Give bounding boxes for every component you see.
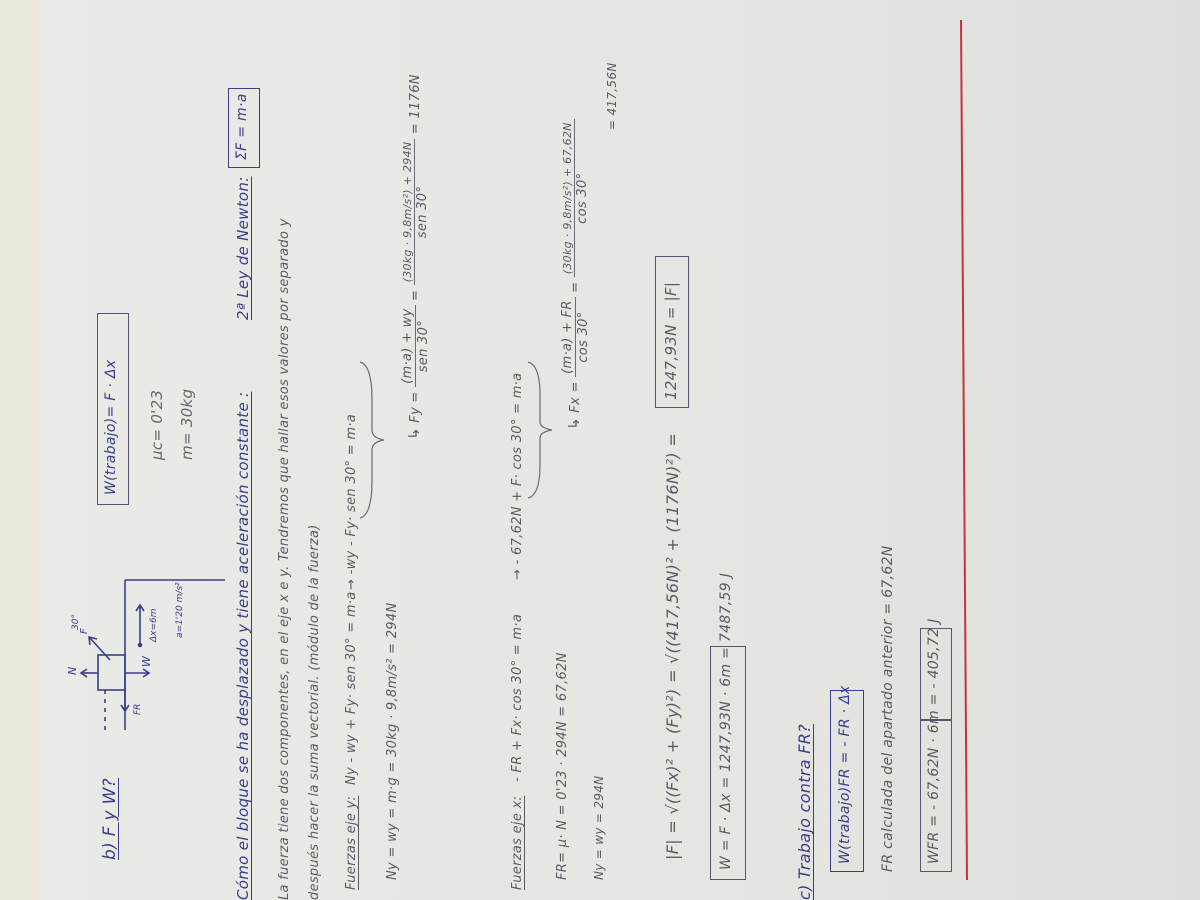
given-mu: μc= 0'23 [148, 390, 166, 460]
magnitude-expr: |F| = √((Fx)² + (Fy)²) = √((417,56N)² + … [663, 433, 682, 860]
label-weight: W [140, 655, 153, 667]
y-normal-calc: Ny = wy = m·g = 30kg · 9,8m/s² = 294N [385, 603, 400, 880]
x-axis-label: Fuerzas eje x: [510, 796, 525, 890]
newton-formula: ΣF = m·a [234, 93, 250, 160]
given-mass: m= 30kg [178, 389, 196, 460]
friction-calc: FR= μ· N = 0'23 · 294N = 67,62N [555, 652, 570, 880]
notebook-page: b) F y W? N W [0, 0, 1200, 900]
fx-label: Fx = [568, 381, 583, 412]
section-c-heading-text: c) Trabajo contra FR? [795, 724, 814, 900]
x-brace [526, 360, 556, 500]
section-c-heading: c) Trabajo contra FR? [795, 724, 814, 900]
section-c-note: FR calculada del apartado anterior = 67,… [880, 545, 896, 872]
y-brace [358, 360, 388, 520]
work-formula: W(trabajo)= F · Δx [103, 360, 119, 495]
y-axis-arrow-result: → -wy - Fy· sen 30° = m·a [344, 414, 359, 590]
section-c-formula: W(trabajo)FR = - FR · Δx [837, 685, 853, 864]
section-c-result: WFR = - 67,62N · 6m = - 405,72 J [926, 618, 942, 864]
fx-result: = 417,56N [605, 62, 619, 130]
fy-row: ↳ Fy = (m·a) + wysen 30° = (30kg · 9,8m/… [400, 74, 431, 440]
section-c-result-value: - 405,72 J [926, 618, 942, 688]
x-axis-arrow-result: → - 67,62N + F· cos 30° = m·a [510, 373, 525, 580]
fy-result: = 1176N [408, 74, 423, 134]
label-normal: N [66, 667, 79, 675]
x-axis-equation: - FR + Fx· cos 30° = m·a [510, 614, 525, 782]
explanation-line-1: La fuerza tiene dos componentes, en el e… [277, 218, 292, 900]
label-angle: 30° [71, 614, 81, 630]
label-displacement: Δx=6m [149, 608, 159, 643]
fy-label: Fy = [408, 391, 423, 422]
y-axis-equation: Ny - wy + Fy· sen 30° = m·a [344, 592, 359, 786]
fx-fraction-2: (30kg · 9,8m/s²) + 67,62Ncos 30° [561, 119, 590, 277]
fy-fraction-1: (m·a) + wysen 30° [400, 305, 431, 386]
section-c-result-prefix: WFR = - 67,62N · 6m = [926, 689, 942, 864]
magnitude-result: 1247,93N = |F| [662, 282, 680, 400]
work-result: W = F · Δx = 1247,93N · 6m = 7487,59 J [718, 573, 734, 870]
fx-fraction-1: (m·a) + FRcos 30° [560, 297, 591, 377]
intro-text: Cómo el bloque se ha desplazado y tiene … [234, 392, 252, 900]
explanation-line-2: después hacer la suma vectorial. (módulo… [307, 524, 322, 900]
fy-fraction-2: (30kg · 9,8m/s²) + 294Nsen 30° [401, 139, 430, 286]
fx-row: ↳ Fx = (m·a) + FRcos 30° = (30kg · 9,8m/… [560, 119, 591, 430]
y-axis-label: Fuerzas eje y: [344, 796, 359, 890]
newton-law-label: 2ª Ley de Newton: [234, 176, 252, 320]
label-acceleration: a=1'20 m/s² [175, 582, 185, 638]
normal-note: Ny = wy = 294N [592, 776, 606, 880]
label-friction: FR [133, 704, 143, 715]
